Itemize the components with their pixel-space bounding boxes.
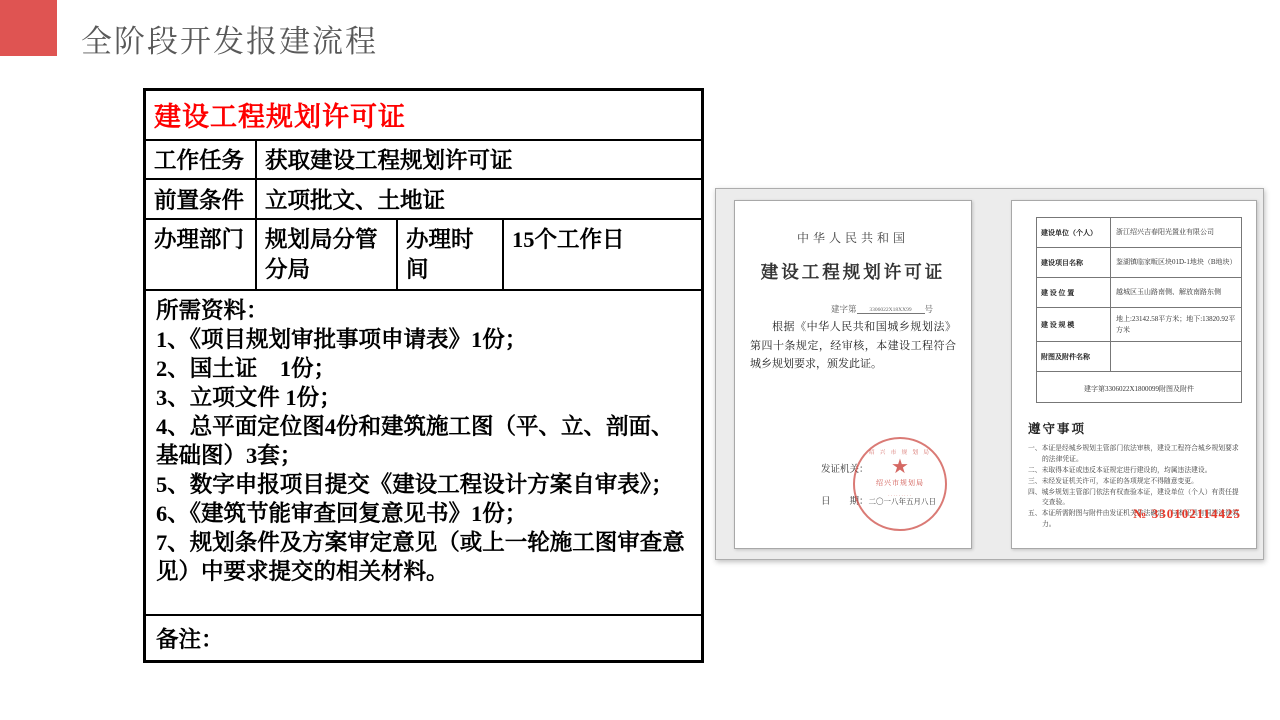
certificate-page-left: 中华人民共和国 建设工程规划许可证 建字第 3306022X18XX99 号 根… bbox=[734, 200, 972, 549]
info-label: 附图及附件名称 bbox=[1037, 342, 1111, 371]
page-title: 全阶段开发报建流程 bbox=[81, 16, 378, 61]
materials-item: 1、《项目规划审批事项申请表》1份； bbox=[156, 325, 691, 354]
materials-title: 所需资料： bbox=[156, 296, 691, 325]
info-label: 建设单位（个人） bbox=[1037, 218, 1111, 247]
info-label: 建 设 位 置 bbox=[1037, 278, 1111, 307]
table-row-task: 工作任务 获取建设工程规划许可证 bbox=[146, 141, 701, 181]
seal-dots: ········· bbox=[888, 494, 912, 499]
rule-item: 三、未经发证机关许可，本证的各项规定不得随意变更。 bbox=[1028, 477, 1245, 488]
cert-info-row: 建设项目名称 鉴湖镇临家畈区块01D-1地块（B地块） bbox=[1037, 248, 1241, 278]
info-value: 鉴湖镇临家畈区块01D-1地块（B地块） bbox=[1111, 248, 1241, 277]
info-value: 地上:23142.58平方米；地下:13820.92平方米 bbox=[1111, 308, 1241, 341]
dept-value: 规划局分管分局 bbox=[257, 220, 398, 289]
info-value: 越城区玉山路南侧、解放南路东侧 bbox=[1111, 278, 1241, 307]
rule-item: 二、未取得本证或违反本证规定进行建设的，均属违法建设。 bbox=[1028, 466, 1245, 477]
info-value bbox=[1111, 342, 1241, 371]
materials-item: 4、总平面定位图4份和建筑施工图（平、立、剖面、基础图）3套； bbox=[156, 412, 691, 470]
certificate-page-right: 建设单位（个人） 浙江绍兴吉春阳光置业有限公司 建设项目名称 鉴湖镇临家畈区块0… bbox=[1011, 200, 1257, 549]
info-label: 建设项目名称 bbox=[1037, 248, 1111, 277]
materials-item: 6、《建筑节能审查回复意见书》1份； bbox=[156, 499, 691, 528]
task-value: 获取建设工程规划许可证 bbox=[257, 141, 701, 179]
cert-body-text: 根据《中华人民共和国城乡规划法》第四十条规定，经审核，本建设工程符合城乡规划要求… bbox=[750, 318, 956, 374]
serial-prefix: 建字第 bbox=[831, 303, 857, 315]
table-row-dept-time: 办理部门 规划局分管分局 办理时间 15个工作日 bbox=[146, 220, 701, 291]
cert-info-table: 建设单位（个人） 浙江绍兴吉春阳光置业有限公司 建设项目名称 鉴湖镇临家畈区块0… bbox=[1036, 217, 1242, 403]
materials-cell: 所需资料： 1、《项目规划审批事项申请表》1份； 2、国土证 1份； 3、立项文… bbox=[146, 291, 701, 616]
cert-country: 中华人民共和国 bbox=[735, 229, 971, 246]
note-cell: 备注： bbox=[146, 616, 701, 660]
task-label: 工作任务 bbox=[146, 141, 257, 179]
cert-info-row: 建设单位（个人） 浙江绍兴吉春阳光置业有限公司 bbox=[1037, 218, 1241, 248]
prereq-label: 前置条件 bbox=[146, 180, 257, 218]
cert-attachment-row: 建字第3306022X1800099附图及附件 bbox=[1037, 372, 1241, 402]
rule-item: 一、本证是经城乡规划主管部门依法审核，建设工程符合城乡规划要求的法律凭证。 bbox=[1028, 444, 1245, 466]
materials-item: 5、数字申报项目提交《建设工程设计方案自审表》； bbox=[156, 470, 691, 499]
cert-info-row: 建 设 位 置 越城区玉山路南侧、解放南路东侧 bbox=[1037, 278, 1241, 308]
serial-number: 3306022X18XX99 bbox=[857, 303, 925, 314]
certificate-image-panel: 中华人民共和国 建设工程规划许可证 建字第 3306022X18XX99 号 根… bbox=[715, 188, 1264, 560]
cert-serial-line: 建字第 3306022X18XX99 号 bbox=[831, 303, 933, 315]
seal-name-text: 绍兴市规划局 bbox=[876, 478, 924, 488]
info-label: 建 设 规 模 bbox=[1037, 308, 1111, 341]
rules-title: 遵守事项 bbox=[1028, 419, 1086, 437]
seal-arc-text: 绍 兴 市 规 划 局 bbox=[869, 448, 931, 456]
materials-item: 2、国土证 1份； bbox=[156, 354, 691, 383]
time-value: 15个工作日 bbox=[504, 220, 701, 289]
prereq-value: 立项批文、土地证 bbox=[257, 180, 701, 218]
cert-info-row: 附图及附件名称 bbox=[1037, 342, 1241, 372]
process-table: 建设工程规划许可证 工作任务 获取建设工程规划许可证 前置条件 立项批文、土地证… bbox=[143, 88, 704, 663]
cert-title: 建设工程规划许可证 bbox=[735, 259, 971, 284]
info-value: 浙江绍兴吉春阳光置业有限公司 bbox=[1111, 218, 1241, 247]
table-row-prereq: 前置条件 立项批文、土地证 bbox=[146, 180, 701, 220]
materials-item: 3、立项文件 1份； bbox=[156, 383, 691, 412]
time-label: 办理时间 bbox=[398, 220, 504, 289]
official-seal: 绍 兴 市 规 划 局 ★ 绍兴市规划局 ········· bbox=[853, 437, 947, 531]
materials-item: 7、规划条件及方案审定意见（或上一轮施工图审查意见）中要求提交的相关材料。 bbox=[156, 528, 691, 586]
serial-suffix: 号 bbox=[925, 303, 934, 315]
accent-square bbox=[0, 0, 57, 56]
certificate-number: № 330102114425 bbox=[1133, 506, 1241, 522]
dept-label: 办理部门 bbox=[146, 220, 257, 289]
process-table-title: 建设工程规划许可证 bbox=[146, 91, 701, 141]
attachment-note: 建字第3306022X1800099附图及附件 bbox=[1037, 372, 1241, 402]
cert-info-row: 建 设 规 模 地上:23142.58平方米；地下:13820.92平方米 bbox=[1037, 308, 1241, 342]
seal-star-icon: ★ bbox=[891, 456, 909, 478]
